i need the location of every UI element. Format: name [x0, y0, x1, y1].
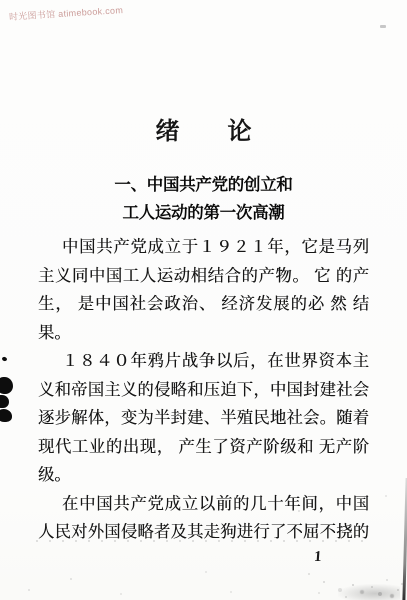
paragraph-2-line: 现代工业的出现， 产生了资产阶级和 无产阶: [38, 433, 369, 462]
paragraph-3-line: 人民对外国侵略者及其走狗进行了不屈不挠的: [38, 518, 369, 547]
page-title: 绪 论: [0, 111, 407, 146]
paragraph-1-line: 中国共产党成立于１９２１年，它是马列: [38, 233, 369, 262]
paragraph-1-line: 主义同中国工人运动相结合的产物。 它 的产: [38, 262, 369, 291]
ink-blot: [1, 356, 7, 361]
paragraph-2-line: １８４０年鸦片战争以后，在世界资本主: [38, 347, 369, 376]
scan-smudge: [338, 584, 400, 600]
scan-ghost-line: [36, 540, 370, 542]
paragraph-2-line: 级。: [38, 461, 369, 490]
paragraph-3-line: 在中国共产党成立以前的几十年间，中国: [38, 490, 369, 519]
library-watermark: 时光图书馆 atimebook.com: [9, 3, 124, 23]
section-heading-line2: 工人运动的第一次高潮: [0, 199, 407, 227]
scan-noise: [0, 0, 2, 2]
scan-speck: [380, 25, 386, 28]
ink-blot: [0, 377, 13, 394]
page-number: 1: [313, 549, 322, 566]
paragraph-2-line: 义和帝国主义的侵略和压迫下，中国封建社会: [38, 376, 369, 405]
body-text: 中国共产党成立于１９２１年，它是马列 主义同中国工人运动相结合的产物。 它 的产…: [38, 233, 369, 547]
section-heading: 一、中国共产党的创立和 工人运动的第一次高潮: [0, 171, 407, 227]
page-edge-shadow: [402, 478, 407, 600]
paragraph-1-line: 果。: [38, 319, 369, 348]
paragraph-1-line: 生， 是中国社会政治、 经济发展的必 然 结: [38, 290, 369, 319]
paragraph-2-line: 逐步解体，变为半封建、半殖民地社会。随着: [38, 404, 369, 433]
ink-blot: [0, 395, 9, 408]
ink-blot: [0, 409, 12, 422]
scanned-book-page: { "watermark": { "text": "时光图书馆 atimeboo…: [0, 0, 407, 600]
section-heading-line1: 一、中国共产党的创立和: [0, 171, 407, 199]
